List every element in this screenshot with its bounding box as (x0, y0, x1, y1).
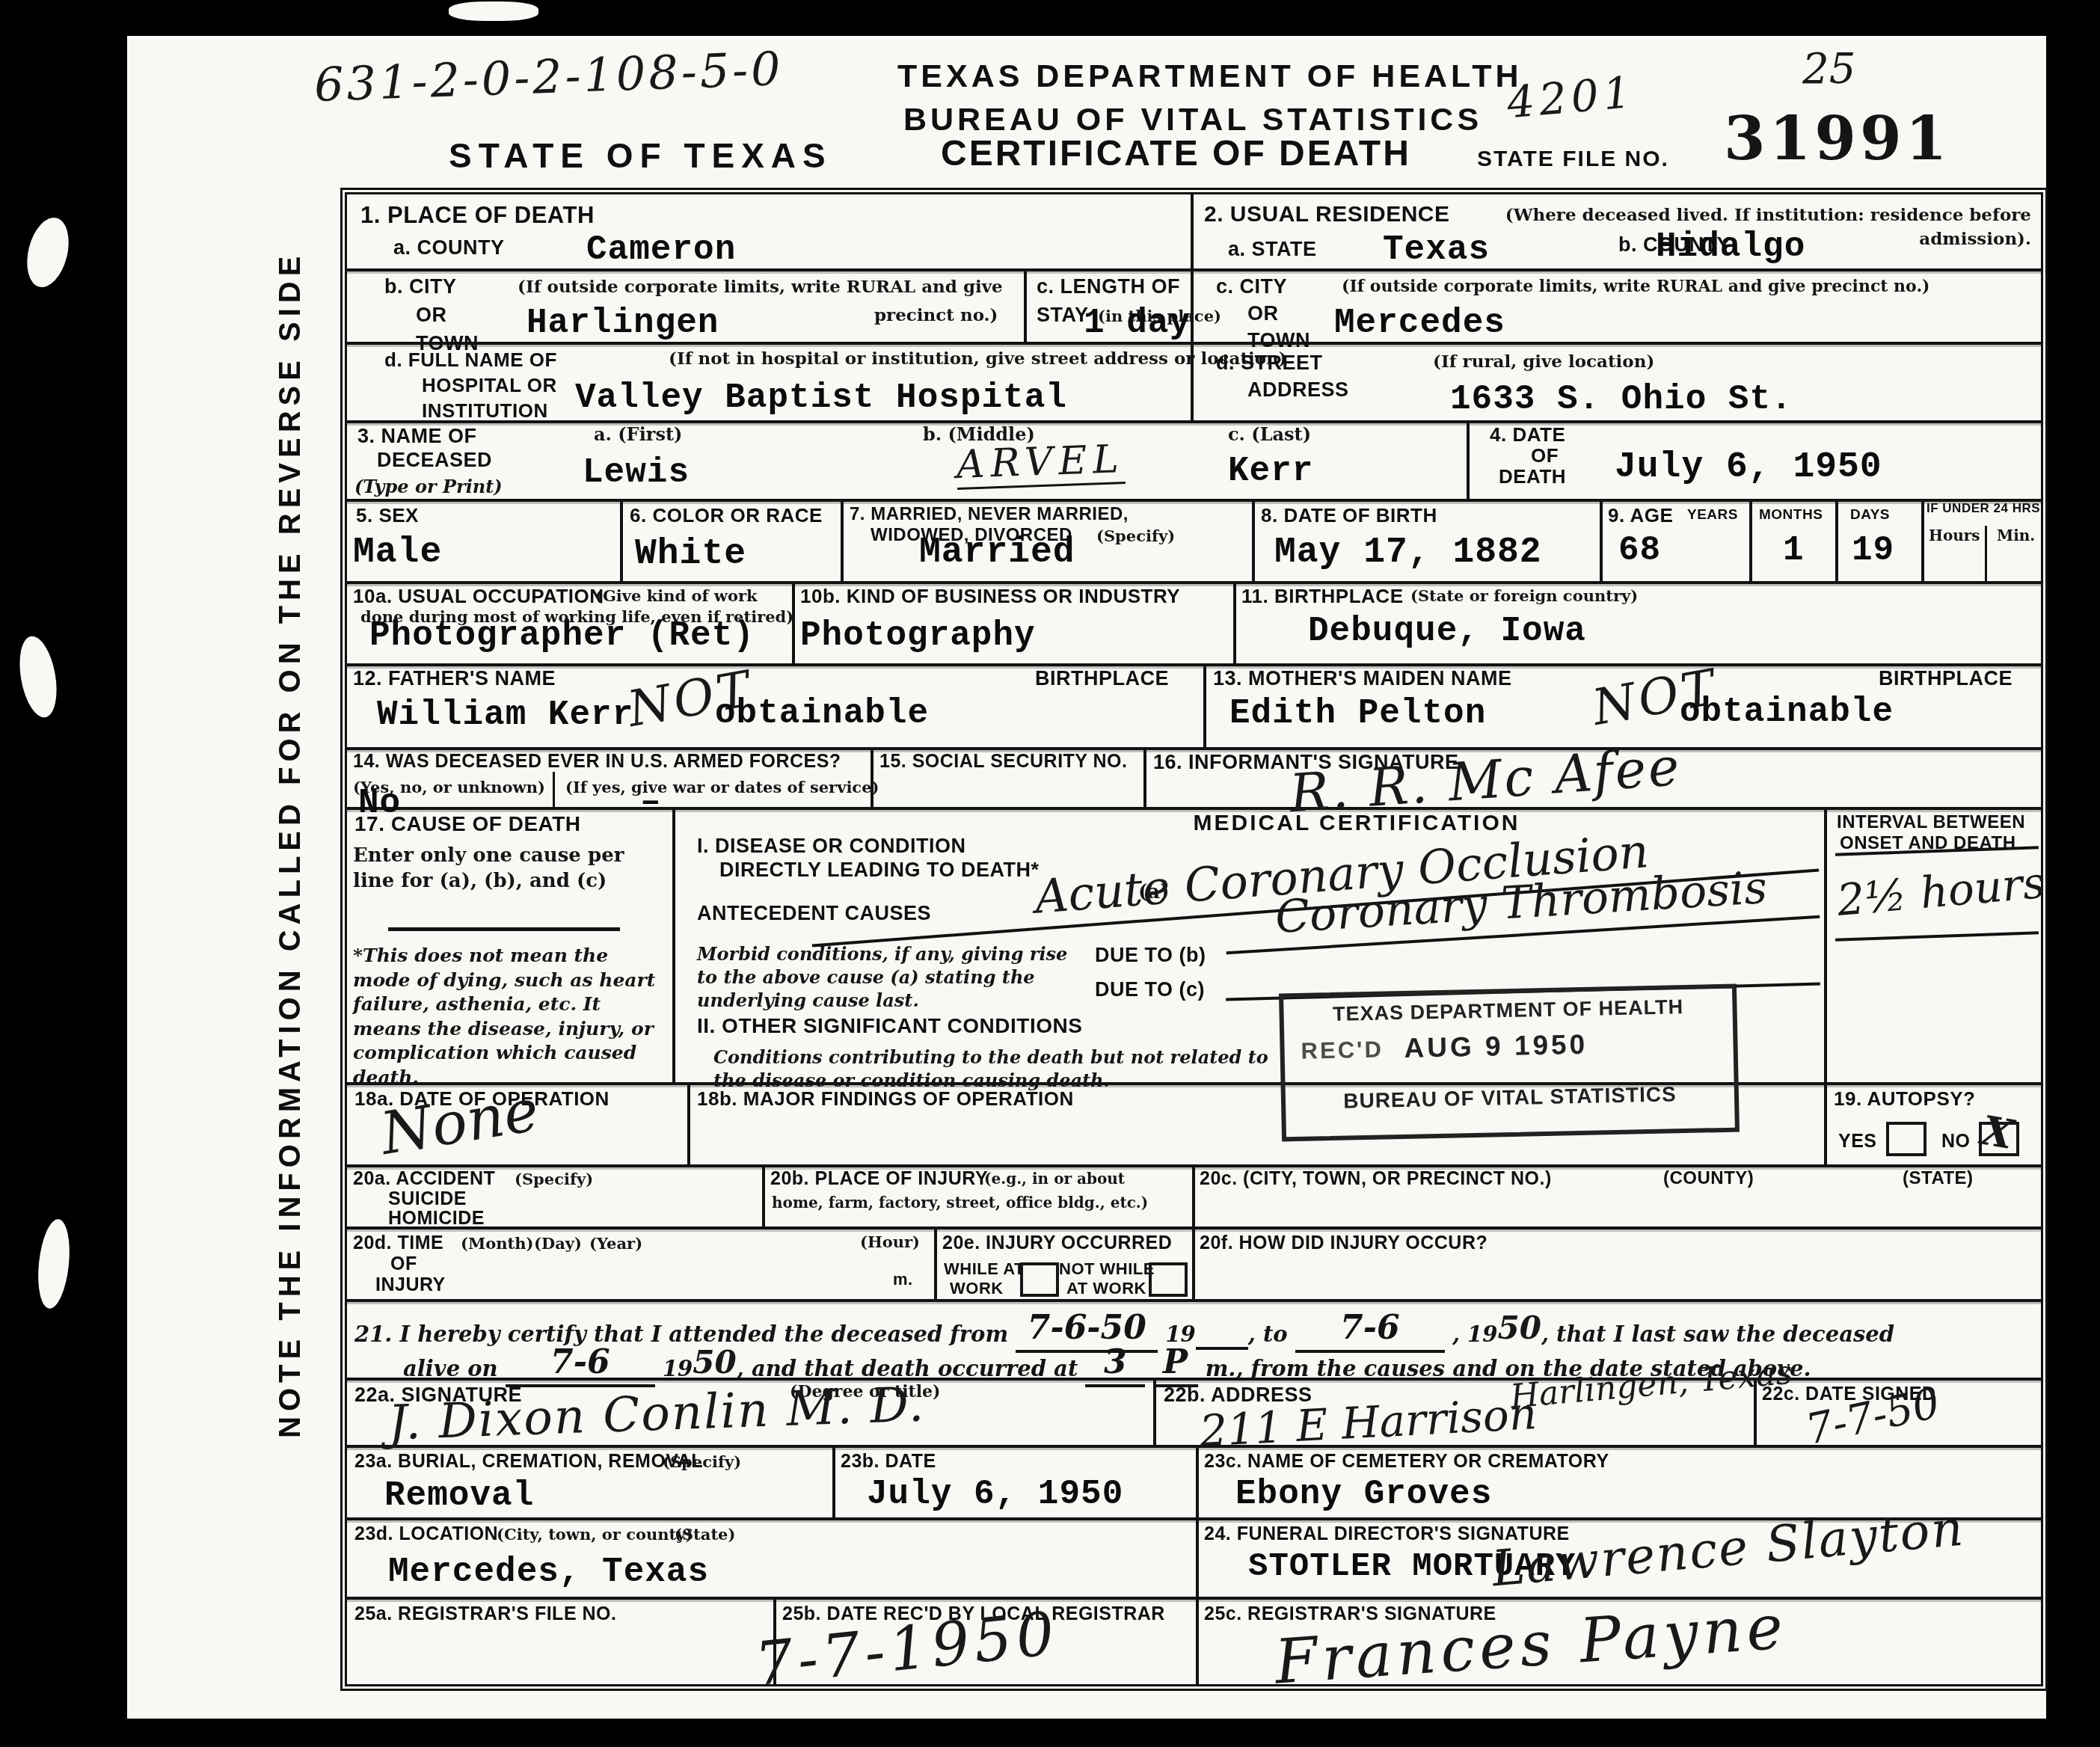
street-value: 1633 S. Ohio St. (1450, 380, 1793, 419)
funeral-director-signature: Lawrence Slayton (1490, 1499, 1967, 1598)
father-birthplace-value: obtainable (715, 694, 929, 733)
injury-time-label-2: OF (390, 1253, 417, 1275)
age-under24-label: IF UNDER 24 HRS. (1926, 501, 2044, 516)
burial-location-value: Mercedes, Texas (388, 1553, 709, 1591)
rule (687, 1082, 690, 1164)
rule (347, 499, 2041, 502)
stamp-line-1: TEXAS DEPARTMENT OF HEALTH (1283, 995, 1733, 1028)
rule (1196, 1597, 1199, 1684)
city-label-2: OR (416, 304, 447, 327)
name-label-1: 3. NAME OF (357, 425, 477, 448)
middle-name-value: ARVEL (956, 437, 1126, 490)
street-note: (If rural, give location) (1433, 351, 1654, 372)
rule (1233, 581, 1236, 663)
industry-label: 10b. KIND OF BUSINESS OR INDUSTRY (800, 585, 1180, 608)
county-value: Cameron (586, 230, 736, 269)
residence-city-label-3: TOWN (1247, 329, 1310, 352)
rule (347, 581, 2041, 584)
state-file-number: 31991 (1724, 103, 1950, 174)
rule (762, 1164, 765, 1226)
place-of-death-title: 1. PLACE OF DEATH (360, 202, 595, 229)
county-label: a. COUNTY (393, 236, 505, 260)
rule (1024, 268, 1027, 342)
hospital-label-2: HOSPITAL OR (422, 374, 557, 397)
certify-text: 19 (663, 1356, 693, 1381)
hospital-note: (If not in hospital or institution, give… (669, 349, 1287, 369)
father-birthplace-label: BIRTHPLACE (1035, 667, 1169, 690)
certify-text: , to (1248, 1321, 1288, 1347)
sex-value: Male (353, 532, 442, 573)
certify-blank-meridiem: P (1153, 1346, 1198, 1387)
rule (347, 1597, 2041, 1600)
stamp-date: AUG 9 1950 (1404, 1029, 1588, 1064)
residence-title: 2. USUAL RESIDENCE (1204, 202, 1450, 227)
age-min-label: Min. (1997, 526, 2035, 544)
age-hours-label: Hours (1929, 526, 1980, 544)
birth-date-value: May 17, 1882 (1274, 532, 1542, 573)
interval-label-1: INTERVAL BETWEEN (1837, 812, 2025, 833)
cause-note-1: Enter only one cause per line for (a), (… (353, 844, 663, 894)
injury-year-label: (Year) (589, 1234, 642, 1253)
hospital-label-1: d. FULL NAME OF (384, 349, 557, 372)
date-of-death-value: July 6, 1950 (1615, 447, 1882, 488)
how-injury-label: 20f. HOW DID INJURY OCCUR? (1200, 1232, 1487, 1254)
cause-title: 17. CAUSE OF DEATH (354, 812, 581, 836)
birthplace-value: Debuque, Iowa (1308, 612, 1586, 651)
injury-county-label: (COUNTY) (1663, 1168, 1754, 1189)
burial-location-label: 23d. LOCATION (354, 1523, 498, 1545)
race-label: 6. COLOR OR RACE (630, 504, 823, 527)
mother-name-label: 13. MOTHER'S MAIDEN NAME (1213, 667, 1511, 690)
rule (1252, 499, 1255, 581)
injury-time-label-3: INJURY (375, 1274, 446, 1296)
accident-label-1: 20a. ACCIDENT (353, 1168, 495, 1190)
city-note-1: (If outside corporate limits, write RURA… (518, 277, 1003, 297)
sex-label: 5. SEX (356, 504, 419, 527)
residence-county-value: Hidalgo (1656, 227, 1805, 266)
rule (1600, 499, 1603, 581)
age-days-label: DAYS (1850, 507, 1890, 524)
marital-value: Married (919, 532, 1075, 573)
last-name-label: c. (Last) (1228, 423, 1311, 445)
certify-text: 21. I hereby certify that I attended the… (354, 1321, 1008, 1347)
mother-birthplace-value: obtainable (1680, 693, 1894, 731)
residence-city-value: Mercedes (1334, 304, 1505, 343)
interval-value: 2½ hours (1835, 857, 2048, 926)
residence-city-label-1: c. CITY (1216, 275, 1287, 298)
certificate-paper: 631-2-0-2-108-5-0 TEXAS DEPARTMENT OF HE… (127, 36, 2046, 1719)
accident-label-3: HOMICIDE (388, 1208, 485, 1229)
burial-location-note-2: (State) (675, 1525, 735, 1544)
hospital-label-3: INSTITUTION (422, 399, 548, 423)
reverse-side-note: NOTE THE INFORMATION CALLED FOR ON THE R… (274, 354, 307, 1438)
occupation-value: Photographer (Ret) (369, 616, 755, 655)
street-label-1: d. STREET (1216, 351, 1323, 375)
autopsy-no-label: NO (1941, 1131, 1971, 1152)
certify-text: , that I last saw the deceased (1541, 1321, 1894, 1347)
rule (1985, 526, 1987, 581)
cemetery-value: Ebony Groves (1235, 1475, 1492, 1514)
rule (347, 1445, 2041, 1448)
burial-value: Removal (384, 1476, 534, 1515)
stay-value: 1 day (1084, 304, 1191, 343)
due-to-b-label: DUE TO (b) (1095, 944, 1206, 967)
rule (1921, 499, 1924, 581)
age-months-value: 1 (1783, 531, 1805, 570)
city-label-1: b. CITY (384, 275, 457, 298)
injury-m-label: m. (893, 1270, 913, 1289)
father-name-value: William Kerr (377, 696, 633, 734)
rule (1143, 747, 1146, 807)
industry-value: Photography (800, 616, 1036, 655)
registrar-file-label: 25a. REGISTRAR'S FILE NO. (354, 1603, 616, 1625)
injury-state-label: (STATE) (1903, 1168, 1974, 1189)
cemetery-label: 23c. NAME OF CEMETERY OR CREMATORY (1204, 1451, 1609, 1473)
stamp-line-3: BUREAU OF VITAL STATISTICS (1286, 1081, 1735, 1115)
rule (672, 807, 675, 1082)
age-years-label: YEARS (1687, 507, 1738, 524)
birthplace-label: 11. BIRTHPLACE (1241, 585, 1404, 608)
injury-place-label: 20b. PLACE OF INJURY (770, 1168, 988, 1190)
mother-name-value: Edith Pelton (1229, 694, 1486, 733)
father-name-label: 12. FATHER'S NAME (353, 667, 556, 690)
certificate-form: 1. PLACE OF DEATH a. COUNTY Cameron b. C… (340, 188, 2048, 1691)
scan-artifact (20, 213, 75, 292)
rule (620, 499, 623, 581)
rule (347, 663, 2041, 666)
autopsy-yes-label: YES (1838, 1131, 1877, 1152)
burial-specify-note: (Specify) (663, 1452, 741, 1471)
cause-note-2: *This does not mean the mode of dying, s… (353, 944, 663, 1090)
rule (1153, 1378, 1156, 1445)
residence-state-label: a. STATE (1228, 238, 1317, 261)
residence-state-value: Texas (1383, 230, 1490, 269)
scan-artifact (449, 1, 538, 21)
hospital-value: Valley Baptist Hospital (575, 378, 1067, 417)
disease-label-1: I. DISEASE OR CONDITION (697, 835, 966, 858)
rule (1467, 420, 1470, 499)
morbid-note: Morbid conditions, if any, giving rise t… (697, 942, 1078, 1013)
rule (388, 927, 620, 931)
certify-text: , 19 (1452, 1321, 1498, 1347)
handwritten-code: 631-2-0-2-108-5-0 (313, 41, 785, 112)
marital-label-specify: (Specify) (1096, 526, 1175, 545)
race-value: White (635, 534, 746, 574)
rule (871, 747, 874, 807)
age-label: 9. AGE (1608, 504, 1673, 527)
rule (1192, 1164, 1195, 1226)
certify-hw-meridiem: P (1163, 1343, 1188, 1381)
first-name-label: a. (First) (594, 423, 682, 445)
scanned-death-certificate: { "header": { "code": "631-2-0-2-108-5-0… (0, 0, 2100, 1747)
stay-label-1: c. LENGTH OF (1037, 275, 1180, 298)
age-years-value: 68 (1618, 531, 1661, 570)
operation-findings-label: 18b. MAJOR FINDINGS OF OPERATION (697, 1087, 1074, 1111)
scan-artifact (34, 1218, 73, 1310)
armed-forces-label: 14. WAS DECEASED EVER IN U.S. ARMED FORC… (353, 751, 841, 773)
state-of-texas: STATE OF TEXAS (449, 135, 832, 176)
certify-hw-year: 50 (1497, 1310, 1541, 1346)
rule (1835, 499, 1838, 581)
certify-hw-alive: 7-6 (550, 1343, 610, 1381)
certify-blank-alive: 7-6 (506, 1346, 655, 1387)
stay-label-2: STAY (1037, 304, 1089, 327)
autopsy-yes-checkbox (1886, 1122, 1926, 1156)
other-conditions-label: II. OTHER SIGNIFICANT CONDITIONS (697, 1014, 1082, 1038)
rule (934, 1226, 937, 1299)
rule (1196, 1445, 1199, 1517)
while-at-work-label-2: WORK (950, 1279, 1004, 1298)
antecedent-label: ANTECEDENT CAUSES (697, 902, 931, 925)
accident-label-2: SUICIDE (388, 1188, 467, 1210)
not-while-at-work-label-1: NOT WHILE (1059, 1259, 1155, 1279)
name-label-3: (Type or Print) (354, 476, 503, 497)
injury-day-label: (Day) (534, 1234, 582, 1253)
city-value: Harlingen (526, 304, 719, 343)
burial-date-label: 23b. DATE (841, 1451, 936, 1473)
ssn-label: 15. SOCIAL SECURITY NO. (879, 751, 1127, 773)
rule (1749, 499, 1752, 581)
mother-birthplace-label: BIRTHPLACE (1879, 667, 2012, 690)
burial-label: 23a. BURIAL, CREMATION, REMOVAL (354, 1451, 703, 1473)
due-to-c-label: DUE TO (c) (1095, 978, 1205, 1001)
birth-date-label: 8. DATE OF BIRTH (1261, 504, 1437, 527)
city-note-2: precinct no.) (874, 305, 998, 325)
certificate-title: CERTIFICATE OF DEATH (941, 133, 1411, 174)
while-at-work-checkbox (1020, 1262, 1059, 1297)
age-months-label: MONTHS (1759, 507, 1823, 524)
rule (832, 1445, 835, 1517)
scan-artifact (14, 633, 62, 720)
rule (347, 747, 2041, 750)
injury-place-note-2: home, farm, factory, street, office bldg… (772, 1194, 1148, 1212)
certify-hw-to: 7-6 (1340, 1309, 1400, 1347)
residence-city-note: (If outside corporate limits, write RURA… (1342, 277, 1929, 296)
not-while-at-work-checkbox (1149, 1262, 1188, 1297)
last-name-value: Kerr (1228, 452, 1313, 491)
birthplace-note: (State or foreign country) (1410, 586, 1638, 605)
date-of-death-label-2: OF (1531, 444, 1559, 467)
burial-location-note-1: (City, town, or county) (497, 1525, 693, 1544)
accident-specify-note: (Specify) (515, 1170, 593, 1188)
autopsy-label: 19. AUTOPSY? (1834, 1087, 1976, 1111)
residence-city-label-2: OR (1247, 302, 1279, 325)
stamp-recd: REC'D (1301, 1037, 1384, 1065)
street-label-2: ADDRESS (1247, 378, 1349, 402)
date-of-death-label-3: DEATH (1499, 465, 1566, 488)
handwritten-number: 4201 (1505, 67, 1637, 129)
rule (1196, 1517, 1199, 1597)
not-while-at-work-label-2: AT WORK (1066, 1279, 1146, 1298)
rule (553, 772, 555, 807)
rule (347, 807, 2041, 810)
rule (1203, 663, 1206, 747)
marital-label-1: 7. MARRIED, NEVER MARRIED, (850, 504, 1129, 525)
burial-date-value: July 6, 1950 (867, 1475, 1123, 1514)
interval-line-2 (1835, 931, 2039, 941)
certify-hw-from: 7-6-50 (1028, 1309, 1146, 1347)
rule (1192, 1226, 1195, 1299)
date-of-death-label-1: 4. DATE (1490, 423, 1565, 446)
occupation-note-1: (Give kind of work (595, 586, 758, 605)
armed-forces-note-2: (If yes, give war or dates of service) (565, 778, 879, 796)
rule (347, 1299, 2041, 1302)
received-stamp: TEXAS DEPARTMENT OF HEALTH REC'D AUG 9 1… (1279, 984, 1740, 1142)
certify-text: alive on (403, 1356, 498, 1381)
injury-hour-label: (Hour) (860, 1232, 920, 1251)
occupation-label: 10a. USUAL OCCUPATION (353, 585, 604, 608)
armed-forces-dash: – (640, 782, 662, 821)
rule (841, 499, 844, 581)
state-file-no-label: STATE FILE NO. (1477, 147, 1669, 172)
while-at-work-label-1: WHILE AT (944, 1259, 1025, 1279)
other-conditions-note: Conditions contributing to the death but… (713, 1046, 1282, 1092)
injury-city-label: 20c. (CITY, TOWN, OR PRECINCT NO.) (1200, 1168, 1552, 1190)
injury-month-label: (Month) (461, 1234, 533, 1253)
certify-hw-year-2: 50 (693, 1344, 736, 1381)
injury-occurred-label: 20e. INJURY OCCURRED (942, 1232, 1172, 1254)
age-days-value: 19 (1852, 531, 1894, 570)
injury-time-label-1: 20d. TIME (353, 1232, 443, 1254)
certify-hw-hour: 3 (1104, 1343, 1127, 1381)
injury-place-note-1: (e.g., in or about (984, 1170, 1125, 1188)
handwritten-number-2: 25 (1802, 45, 1855, 93)
first-name-value: Lewis (583, 453, 690, 492)
name-label-2: DECEASED (377, 449, 492, 472)
department-title: TEXAS DEPARTMENT OF HEALTH (897, 58, 1488, 95)
certify-blank-hour: 3 (1085, 1346, 1145, 1387)
